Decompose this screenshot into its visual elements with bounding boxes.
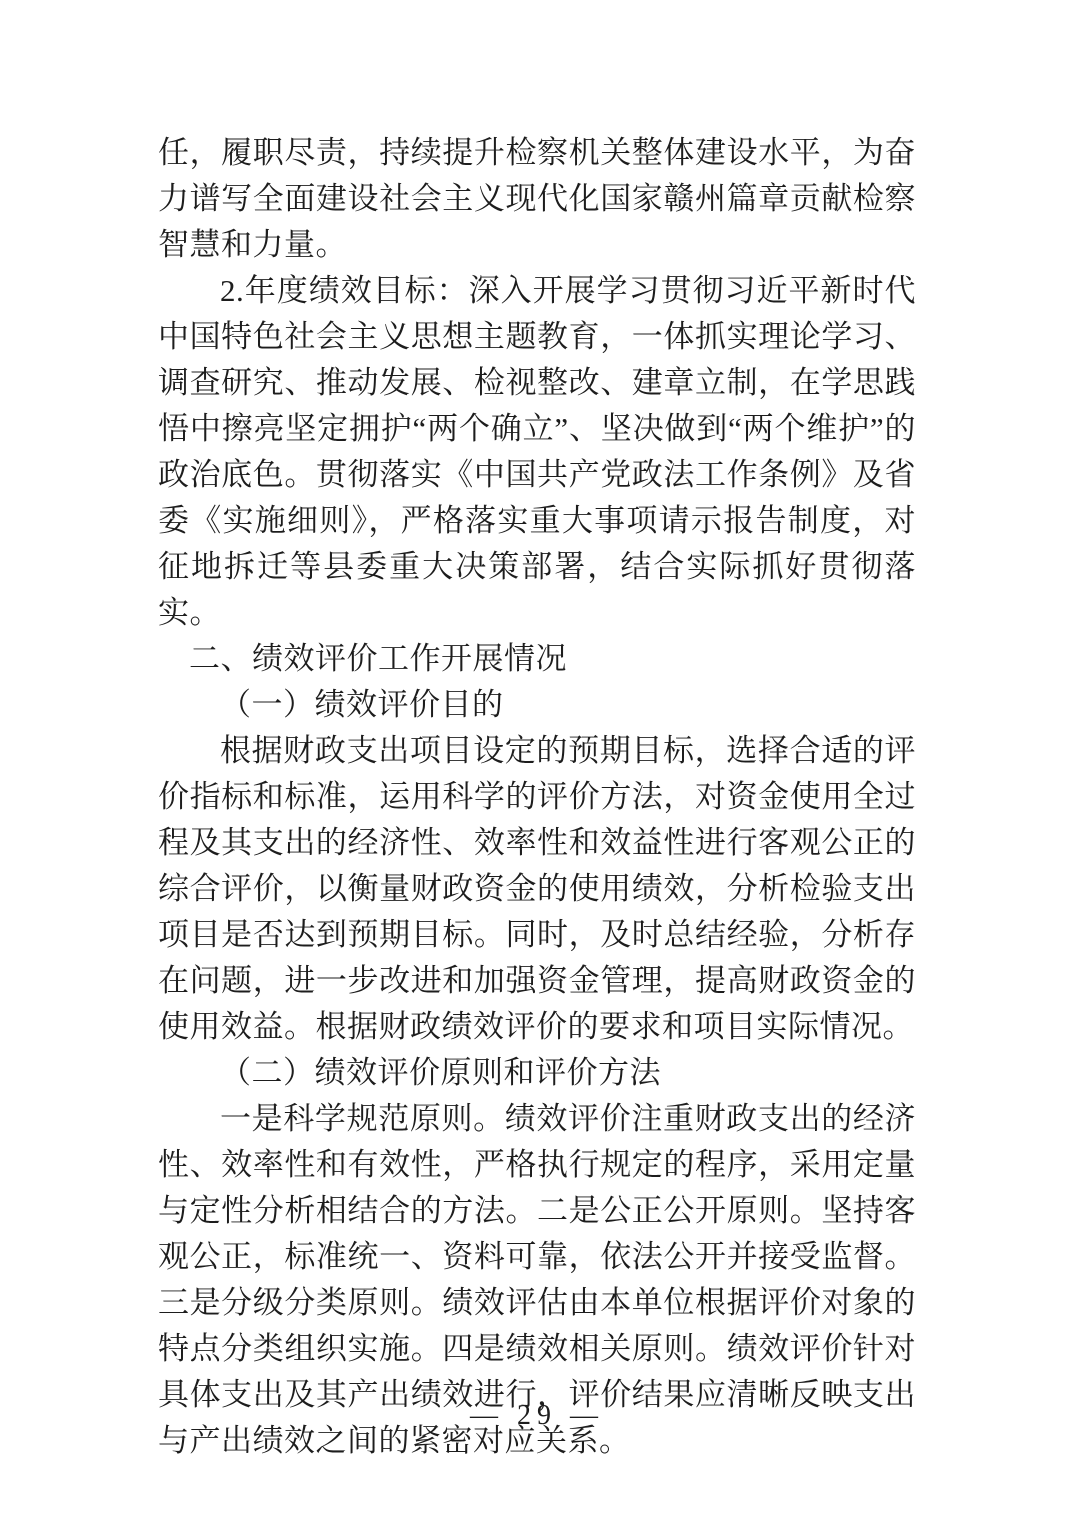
paragraph-continuation: 任，履职尽责，持续提升检察机关整体建设水平，为奋力谱写全面建设社会主义现代化国家…: [158, 130, 916, 268]
subsection-heading-evaluation-principles: （二）绩效评价原则和评价方法: [158, 1050, 916, 1096]
paragraph-evaluation-purpose: 根据财政支出项目设定的预期目标，选择合适的评价指标和标准，运用科学的评价方法，对…: [158, 728, 916, 1050]
subsection-heading-evaluation-purpose: （一）绩效评价目的: [158, 682, 916, 728]
paragraph-annual-performance-goal: 2.年度绩效目标：深入开展学习贯彻习近平新时代中国特色社会主义思想主题教育，一体…: [158, 268, 916, 636]
document-body: 任，履职尽责，持续提升检察机关整体建设水平，为奋力谱写全面建设社会主义现代化国家…: [158, 130, 916, 1464]
document-page: 任，履职尽责，持续提升检察机关整体建设水平，为奋力谱写全面建设社会主义现代化国家…: [0, 0, 1074, 1520]
section-heading-evaluation-work: 二、绩效评价工作开展情况: [158, 636, 916, 682]
page-number: — 29 —: [0, 1398, 1074, 1434]
